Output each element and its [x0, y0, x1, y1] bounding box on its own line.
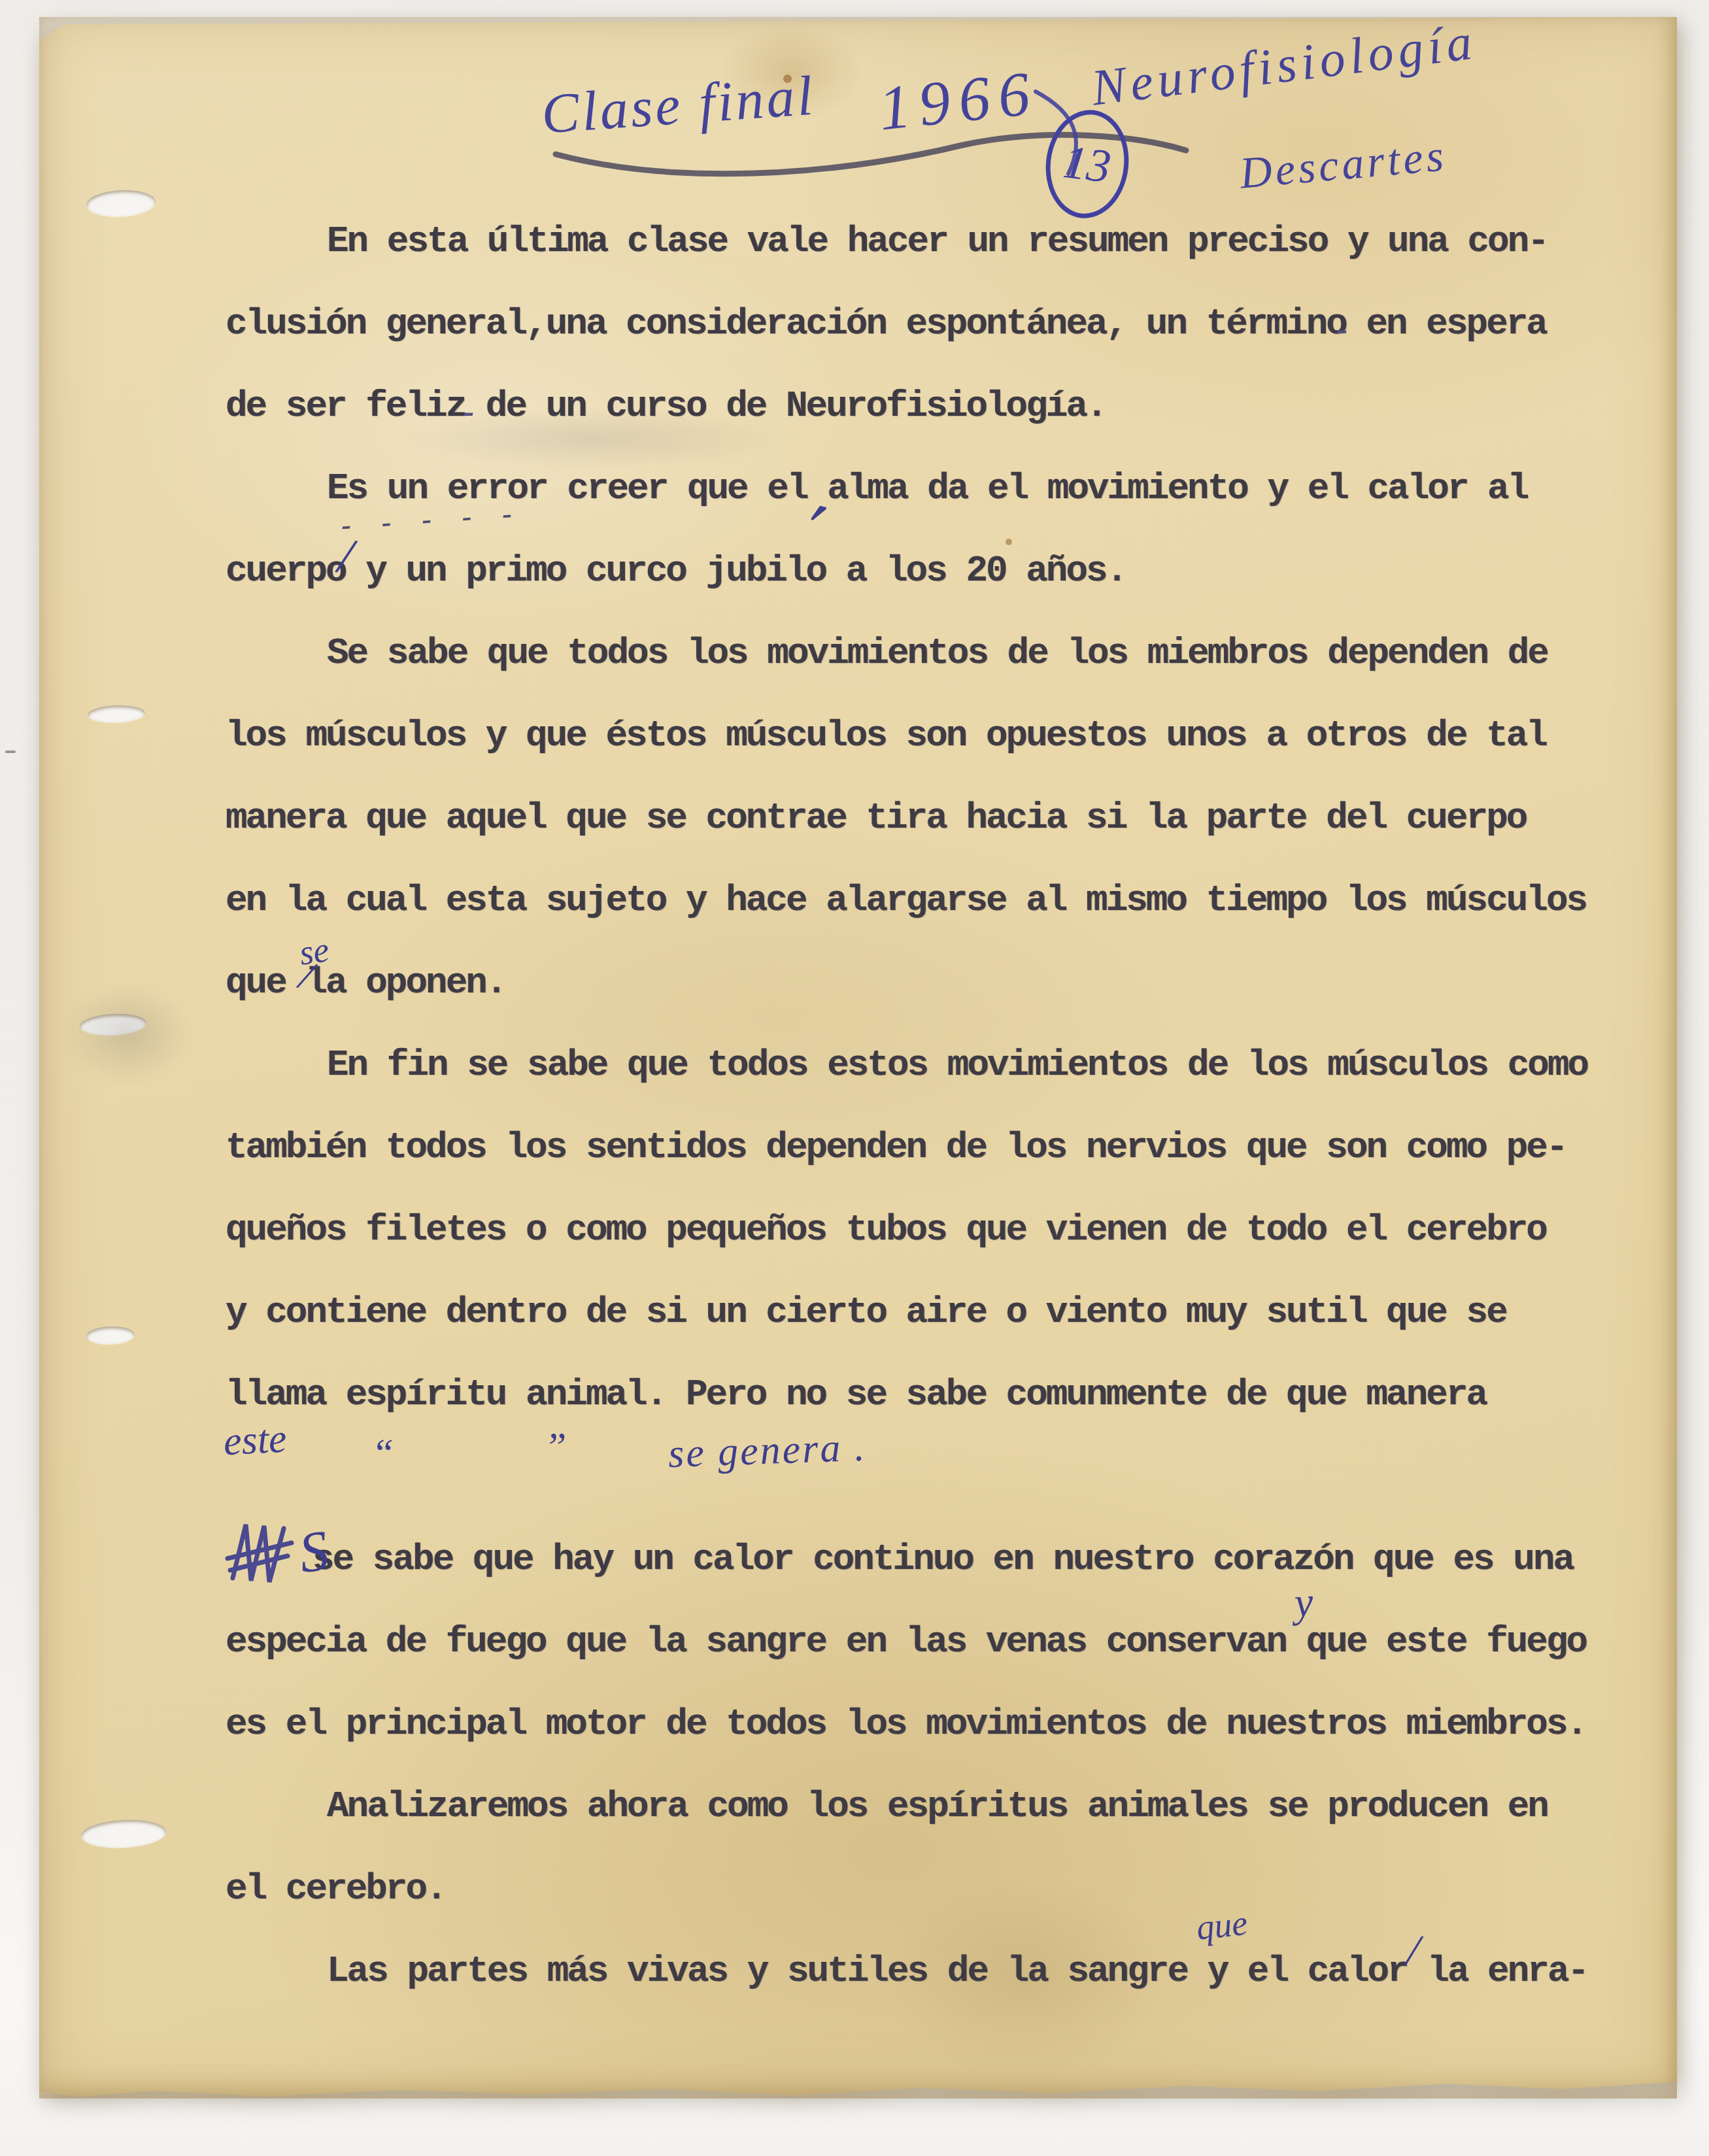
- interline-phrase: se genera .: [668, 1424, 868, 1478]
- typed-line: también todos los sentidos dependen de l…: [226, 1128, 1566, 1167]
- typed-line: Se sabe que todos los movimientos de los…: [327, 633, 1548, 673]
- typed-line: en la cual esta sujeto y hace alargarse …: [226, 881, 1586, 920]
- interline-ditto-close: ”: [544, 1424, 566, 1470]
- punch-hole: [86, 188, 156, 218]
- scan-background: Clase final 1966 13 Neurofisiología Desc…: [0, 0, 1709, 2156]
- typed-line: que la oponen.: [226, 963, 505, 1002]
- typed-line: queños filetes o como pequeños tubos que…: [226, 1210, 1546, 1249]
- insert-que: que: [1194, 1902, 1249, 1948]
- typed-line: es el principal motor de todos los movim…: [226, 1704, 1586, 1743]
- typed-line: y contiene dentro de si un cierto aire o…: [226, 1292, 1506, 1332]
- interline-ditto-open: “: [371, 1430, 394, 1477]
- typed-line: En fin se sabe que todos estos movimient…: [327, 1045, 1587, 1085]
- typed-line: llama espíritu animal. Pero no se sabe c…: [226, 1375, 1486, 1414]
- typed-line: se sabe que hay un calor continuo en nue…: [313, 1540, 1573, 1579]
- typed-line: cuerpo y un primo curco jubilo a los 20 …: [226, 551, 1126, 590]
- typed-line: el cerebro.: [226, 1869, 446, 1908]
- typed-line: los músculos y que éstos músculos son op…: [226, 716, 1546, 755]
- paper-sheet: Clase final 1966 13 Neurofisiología Desc…: [39, 17, 1677, 2098]
- stain: [65, 985, 190, 1083]
- typed-line: especia de fuego que la sangre en las ve…: [226, 1622, 1586, 1661]
- page-number: 13: [1060, 134, 1114, 194]
- interline-este: este: [222, 1416, 288, 1466]
- punch-hole: [80, 1818, 167, 1850]
- punch-hole: [79, 1012, 147, 1036]
- background-speck: [5, 750, 16, 753]
- stain: [1006, 539, 1012, 545]
- typed-line: clusión general,una consideración espont…: [226, 304, 1546, 343]
- hyphen-termino: -: [1336, 310, 1347, 348]
- insert-y: y: [1293, 1577, 1314, 1627]
- hyphen-feliz: -: [463, 392, 474, 431]
- typed-line: de ser feliz de un curso de Neurofisiolo…: [226, 386, 1106, 426]
- typed-line: manera que aquel que se contrae tira hac…: [226, 798, 1526, 837]
- typed-line: Analizaremos ahora como los espíritus an…: [327, 1787, 1548, 1826]
- typed-line: Las partes más vivas y sutiles de la san…: [327, 1951, 1587, 1991]
- punch-hole: [88, 704, 146, 723]
- typed-line: En esta última clase vale hacer un resum…: [327, 222, 1548, 261]
- punch-hole: [86, 1326, 135, 1345]
